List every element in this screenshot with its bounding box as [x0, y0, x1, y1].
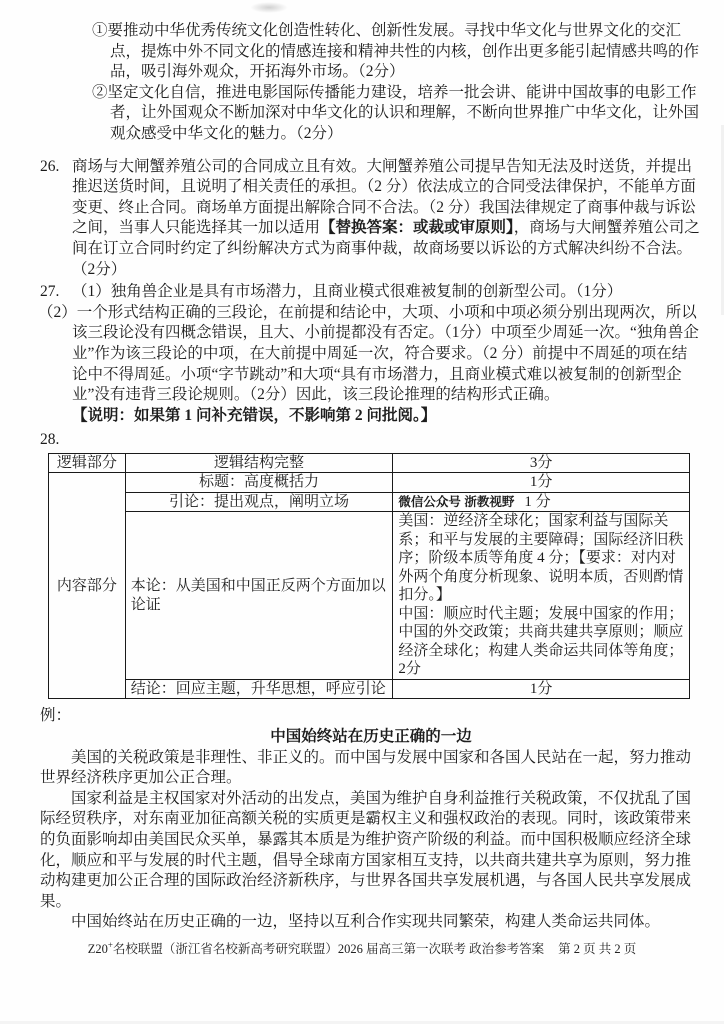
cell-conclusion-desc: 结论：回应主题，升华思想，呼应引论 [125, 679, 393, 699]
cell-title-score: 1分 [393, 473, 690, 493]
example-label: 例： [40, 706, 702, 727]
answer-27-part2: （2）一个形式结构正确的三段论，在前提和结论中，大项、小项和中项必须分别出现两次… [72, 303, 702, 406]
cell-body-desc: 本论：从美国和中国正反两个方面加以论证 [125, 512, 393, 680]
table-row-body: 本论：从美国和中国正反两个方面加以论证 美国：逆经济全球化；国家利益与国际关系；… [49, 512, 690, 680]
cell-logic-score: 3分 [393, 453, 690, 473]
answer-27-part1: （1）独角兽企业是具有市场潜力，且商业模式很难被复制的创新型公司。（1分） [72, 282, 702, 303]
answer-27-grading-note: 【说明：如果第 1 问补充错误，不影响第 2 问批阅。】 [72, 406, 702, 427]
essay-paragraph-3: 中国始终站在历史正确的一边，坚持以互利合作实现共同繁荣，构建人类命运共同体。 [40, 912, 702, 933]
answer-26-number: 26. [40, 157, 59, 178]
watermark-text: 微信公众号 浙教视野 [398, 495, 514, 509]
cell-body-score: 美国：逆经济全球化；国家利益与国际关系；和平与发展的主要障碍；国际经济旧秩序；阶… [393, 512, 690, 680]
answer-26-text: 商场与大闸蟹养殖公司的合同成立且有效。大闸蟹养殖公司提早告知无法及时送货，并提出… [72, 157, 702, 281]
answer-27-section: 27. （1）独角兽企业是具有市场潜力，且商业模式很难被复制的创新型公司。（1分… [40, 282, 702, 426]
grading-rubric-table: 逻辑部分 逻辑结构完整 3分 内容部分 标题：高度概括力 1分 引论：提出观点，… [48, 453, 690, 700]
cell-intro-desc: 引论：提出观点，阐明立场 [125, 492, 393, 512]
answer-27-number: 27. [40, 282, 59, 303]
answer-sheet-page: ①要推动中华优秀传统文化创造性转化、创新性发展。寻找中华文化与世界文化的交汇点，… [0, 0, 724, 1024]
answer-28-number: 28. [40, 430, 702, 451]
answer-25-point-2: ②坚定文化自信，推进电影国际传播能力建设，培养一批会讲、能讲中国故事的电影工作者… [92, 83, 702, 145]
essay-title: 中国始终站在历史正确的一边 [40, 727, 702, 748]
cell-title-desc: 标题：高度概括力 [125, 473, 393, 493]
scan-smudge-artifact [250, 2, 288, 13]
body-score-cn: 中国：顺应时代主题；发展中国家的作用；中国的外交政策；共商共建共享原则；顺应经济… [398, 605, 684, 679]
intro-score-value: 1 分 [524, 494, 550, 510]
table-row-title: 内容部分 标题：高度概括力 1分 [49, 473, 690, 493]
answer-28-section: 28. 逻辑部分 逻辑结构完整 3分 内容部分 标题：高度概括力 1分 引论：提… [40, 430, 702, 699]
table-row-intro: 引论：提出观点，阐明立场 微信公众号 浙教视野1 分 [49, 492, 690, 512]
cell-content-label: 内容部分 [49, 473, 126, 699]
footer-org: Z20 [88, 942, 108, 956]
essay-paragraph-1: 美国的关税政策是非理性、非正义的。而中国与发展中国家和各国人民站在一起，努力推动… [40, 748, 702, 789]
cell-logic-desc: 逻辑结构完整 [125, 453, 393, 473]
answer-26-section: 26. 商场与大闸蟹养殖公司的合同成立且有效。大闸蟹养殖公司提早告知无法及时送货… [40, 157, 702, 281]
table-row-conclusion: 结论：回应主题，升华思想，呼应引论 1分 [49, 679, 690, 699]
example-essay-section: 例： 中国始终站在历史正确的一边 美国的关税政策是非理性、非正义的。而中国与发展… [40, 706, 702, 933]
cell-conclusion-score: 1分 [393, 679, 690, 699]
cell-intro-score: 微信公众号 浙教视野1 分 [393, 492, 690, 512]
answer-26-replacement-note: 【替换答案：或裁或审原则】 [320, 219, 514, 236]
answer-25-section: ①要推动中华优秀传统文化创造性转化、创新性发展。寻找中华文化与世界文化的交汇点，… [92, 21, 702, 145]
cell-logic-label: 逻辑部分 [49, 453, 126, 473]
page-footer: Z20+名校联盟（浙江省名校新高考研究联盟）2026 届高三第一次联考 政治参考… [0, 939, 724, 957]
footer-page-info: 第 2 页 共 2 页 [558, 942, 636, 956]
body-score-us: 美国：逆经济全球化；国家利益与国际关系；和平与发展的主要障碍；国际经济旧秩序；阶… [398, 512, 684, 605]
page-content: ①要推动中华优秀传统文化创造性转化、创新性发展。寻找中华文化与世界文化的交汇点，… [40, 21, 702, 933]
essay-paragraph-2: 国家利益是主权国家对外活动的出发点，美国为维护自身利益推行关税政策，不仅扰乱了国… [40, 789, 702, 913]
table-row-logic: 逻辑部分 逻辑结构完整 3分 [49, 453, 690, 473]
answer-25-point-1: ①要推动中华优秀传统文化创造性转化、创新性发展。寻找中华文化与世界文化的交汇点，… [92, 21, 702, 83]
footer-title: 名校联盟（浙江省名校新高考研究联盟）2026 届高三第一次联考 政治参考答案 [113, 942, 544, 956]
